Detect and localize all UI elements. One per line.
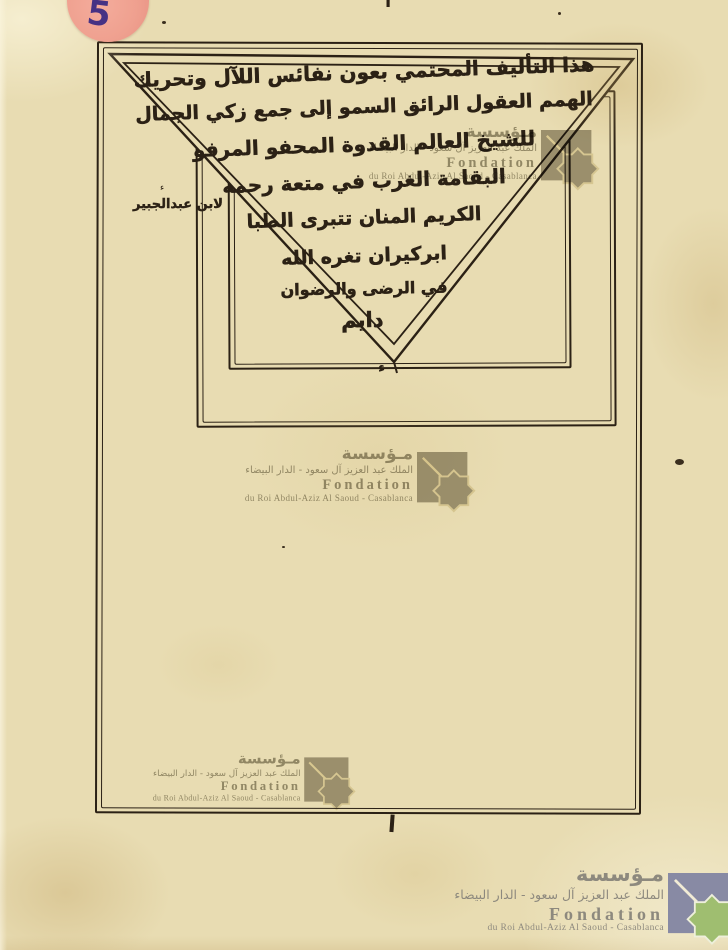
foundation-subtitle-french: du Roi Abdul-Aziz Al Saoud - Casablanca (168, 494, 413, 503)
title-line: دايم (341, 308, 384, 333)
title-line: الهمم العقول الرائق السمو إلى جمع زكي ال… (135, 88, 593, 126)
foundation-logo-icon (417, 452, 479, 514)
catchword: ا (387, 812, 397, 838)
foundation-watermark-middle: مـؤسسة الملك عبد العزيز آل سعود - الدار … (168, 446, 479, 514)
foundation-name-french: Fondation (85, 780, 301, 793)
title-line: ابركيران تغره الله (281, 242, 448, 270)
foundation-watermark-color: مـؤسسة الملك عبد العزيز آل سعود - الدار … (450, 864, 728, 947)
margin-note-mark: ء (160, 183, 164, 193)
title-calligraphy-block: هذا التأليف المحتمي بعون نفائس اللآل وتح… (0, 0, 728, 420)
foundation-watermark-upper: مـؤسسة الملك عبد العزيز آل سعود - الدار … (292, 124, 603, 192)
foundation-watermark-lower: مـؤسسة الملك عبد العزيز آل سعود - الدار … (85, 752, 359, 812)
title-line: الكريم المنان تتبرى الطبا (246, 203, 481, 233)
title-line: هذا التأليف المحتمي بعون نفائس اللآل وتح… (133, 52, 595, 92)
eight-point-star-icon (433, 470, 474, 511)
foundation-subtitle-french: du Roi Abdul-Aziz Al Saoud - Casablanca (85, 794, 301, 802)
ink-speck (282, 546, 285, 548)
foundation-subtitle-french: du Roi Abdul-Aziz Al Saoud - Casablanca (450, 924, 664, 934)
foundation-name-arabic: مـؤسسة (85, 752, 301, 767)
foundation-name-arabic: مـؤسسة (292, 124, 537, 141)
eight-point-star-icon (557, 148, 598, 189)
title-line: في الرضى والرضوان (280, 278, 447, 300)
ink-speck (162, 21, 166, 24)
margin-note: لابن عبدالجبير (133, 197, 223, 212)
foundation-subtitle-arabic: الملك عبد العزيز آل سعود - الدار البيضاء (292, 144, 537, 154)
sticker-number: 5 (85, 0, 113, 35)
foundation-name-french: Fondation (292, 156, 537, 171)
foundation-subtitle-arabic: الملك عبد العزيز آل سعود - الدار البيضاء (168, 466, 413, 476)
foundation-logo-icon (541, 130, 603, 192)
eight-point-star-icon (319, 773, 355, 809)
foundation-subtitle-arabic: الملك عبد العزيز آل سعود - الدار البيضاء (85, 770, 301, 779)
top-edge-mark: ا (385, 0, 391, 12)
foundation-name-arabic: مـؤسسة (450, 864, 664, 885)
apex-flourish: ء (378, 360, 385, 376)
foundation-logo-icon (668, 873, 728, 947)
foundation-subtitle-arabic: الملك عبد العزيز آل سعود - الدار البيضاء (450, 889, 664, 902)
foundation-subtitle-french: du Roi Abdul-Aziz Al Saoud - Casablanca (292, 172, 537, 181)
foundation-name-french: Fondation (450, 905, 664, 923)
foundation-name-french: Fondation (168, 478, 413, 493)
ink-blot (675, 459, 684, 465)
foundation-name-arabic: مـؤسسة (168, 446, 413, 463)
ink-speck (558, 12, 561, 15)
foundation-logo-icon (304, 757, 359, 812)
